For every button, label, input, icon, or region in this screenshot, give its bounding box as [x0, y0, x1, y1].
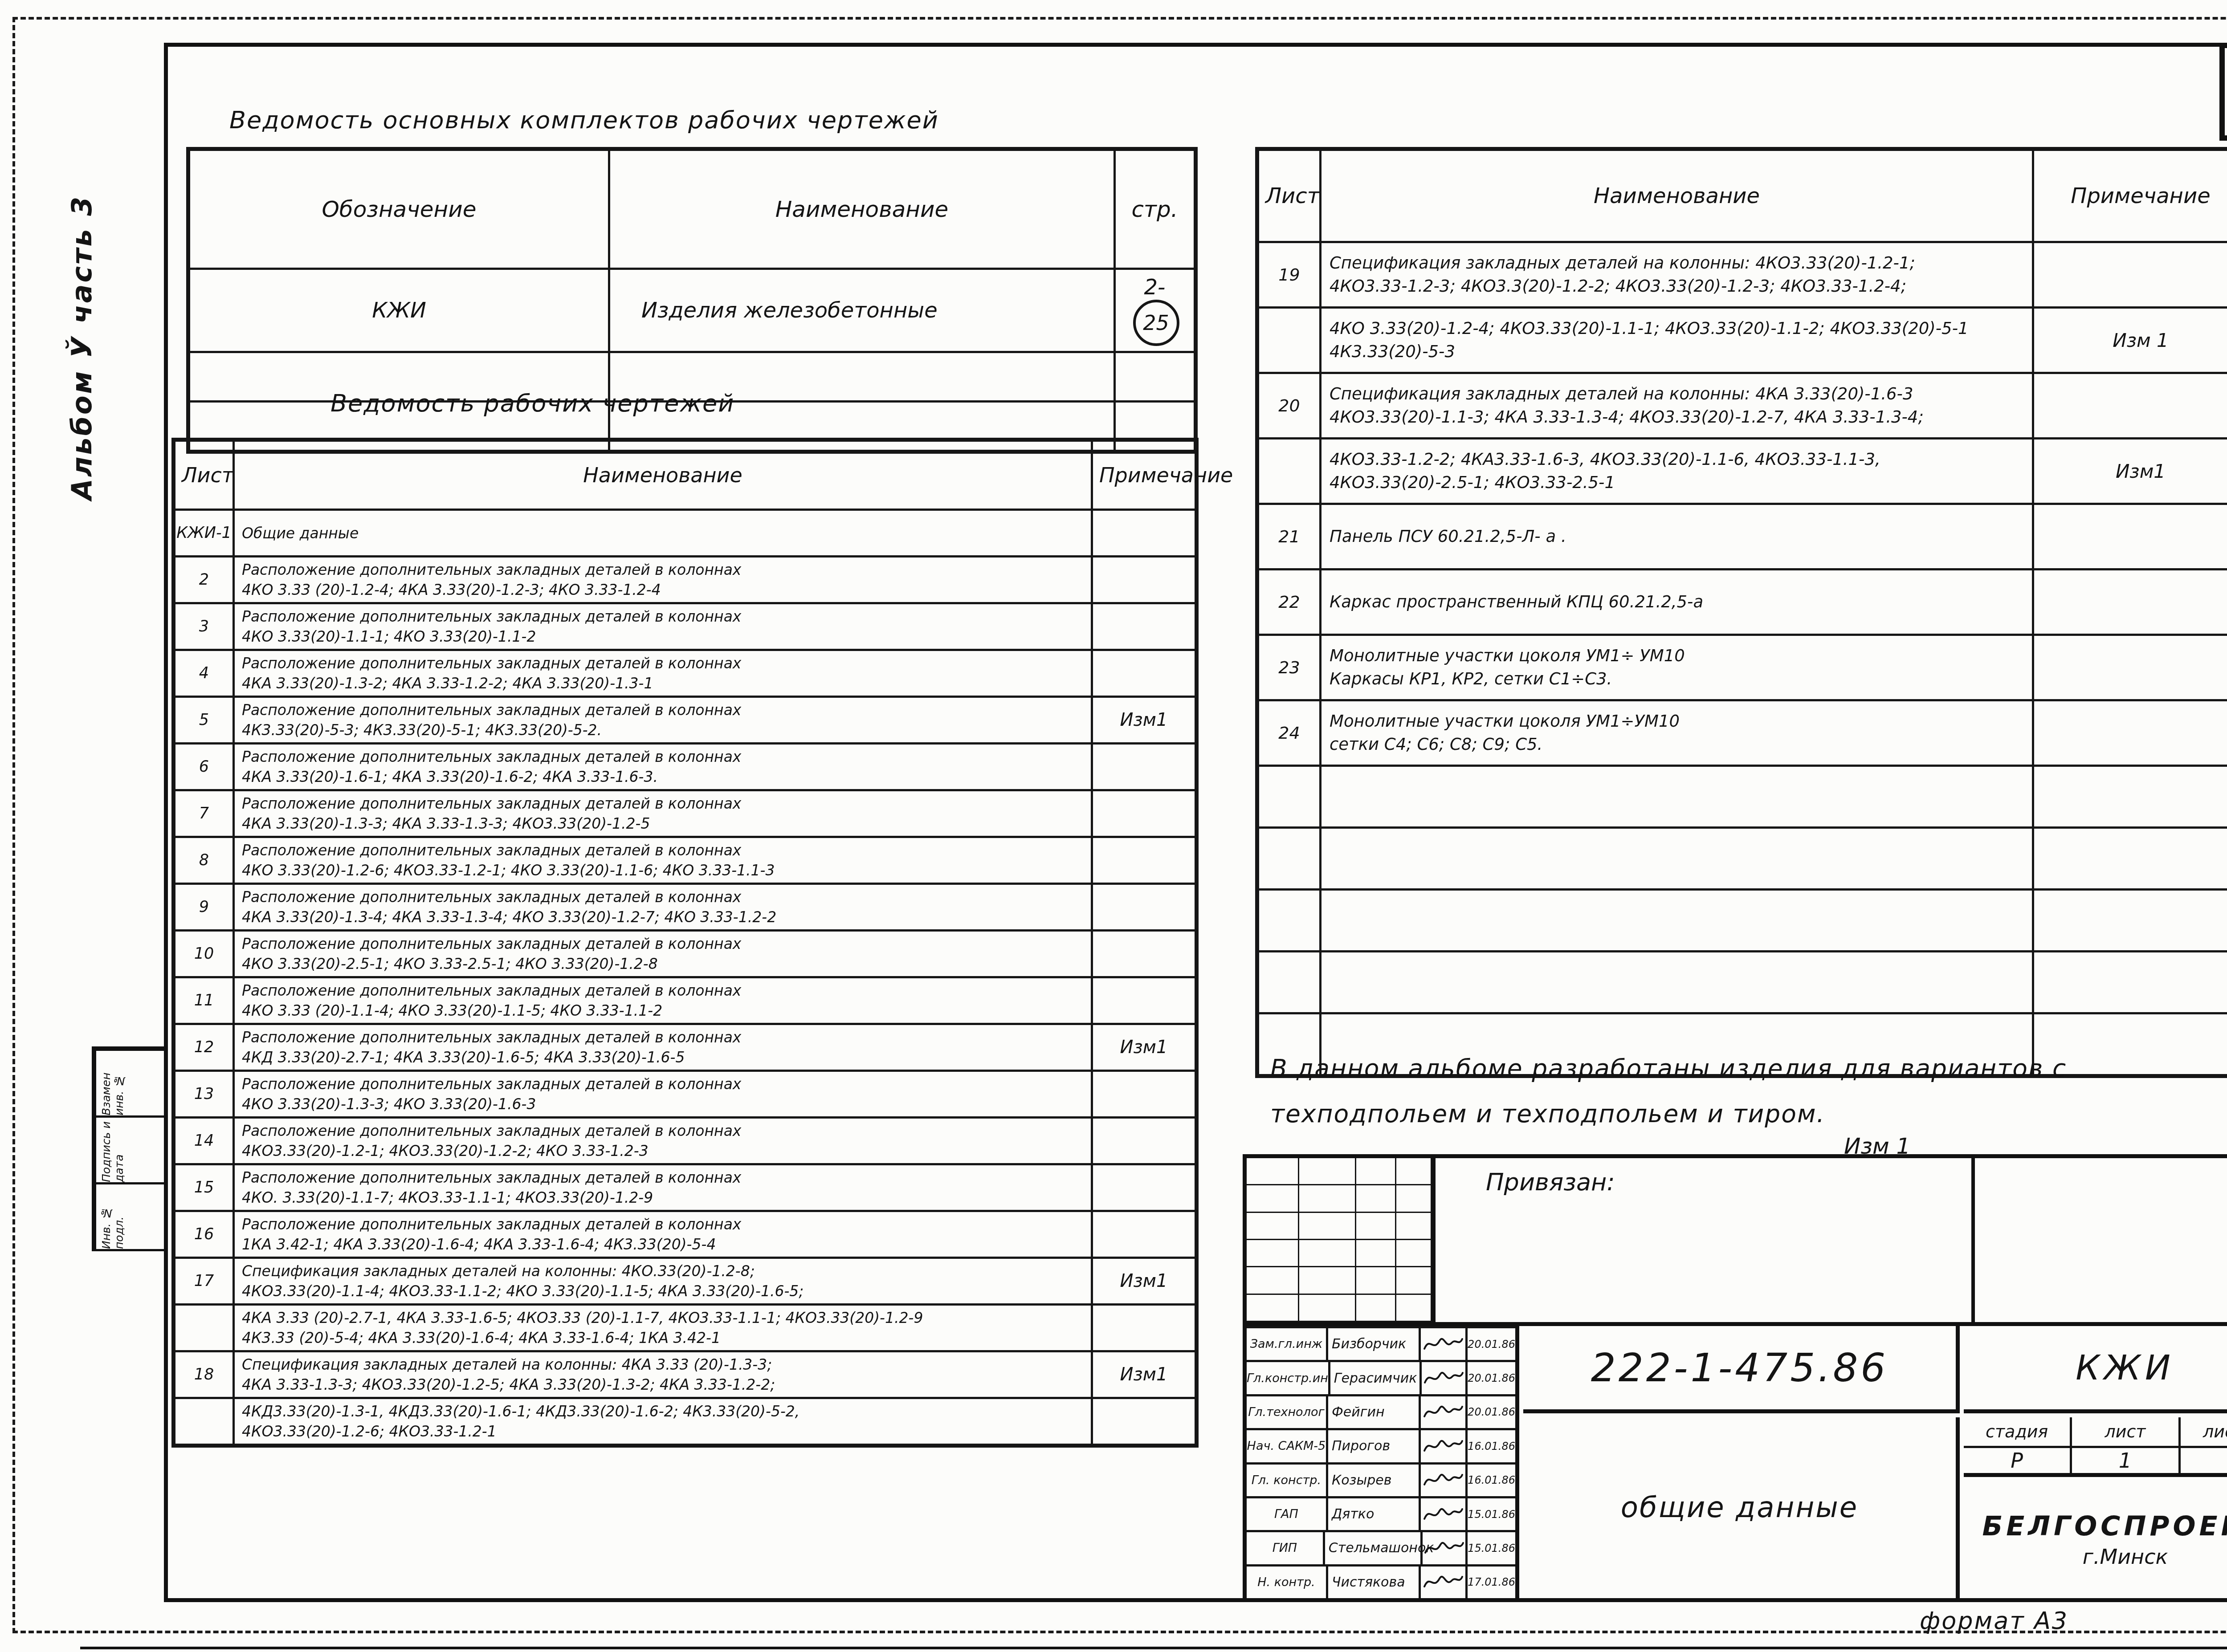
table-row: 4КД3.33(20)-1.3-1, 4КД3.33(20)-1.6-1; 4К… — [174, 1398, 1197, 1446]
table-row: 17 Спецификация закладных деталей на кол… — [174, 1258, 1197, 1305]
sheet-number-value: 1 — [2072, 1448, 2180, 1473]
sheet-number: 18 — [174, 1351, 234, 1398]
sheet-number: 3 — [174, 603, 234, 650]
signature-scribble-icon — [1423, 1532, 1468, 1564]
table-row: 12 Расположение дополнительных закладных… — [174, 1024, 1197, 1071]
signature-date: 20.01.86 — [1468, 1362, 1515, 1394]
sheet-note — [1092, 884, 1197, 931]
right-table-header-row: Лист Наименование Примечание — [1257, 149, 2227, 242]
signature-name: Фейгин — [1328, 1396, 1421, 1428]
sheet-name: Расположение дополнительных закладных де… — [234, 931, 1092, 977]
sheet-note — [2033, 373, 2227, 439]
sheets-table-title: Ведомость рабочих чертежей — [330, 389, 734, 417]
column-header: Примечание — [1092, 440, 1197, 510]
table-row: 20 Спецификация закладных деталей на кол… — [1257, 373, 2227, 439]
set-pages: 2-25 — [1115, 269, 1196, 352]
margin-stamp-cell: Взамен инв. № — [94, 1049, 165, 1115]
sheet-number: 4 — [174, 650, 234, 697]
sheet-note: Изм1 — [1092, 1351, 1197, 1398]
stage-header-row: стадия лист листов — [1964, 1417, 2227, 1446]
table-row: 13 Расположение дополнительных закладных… — [174, 1071, 1197, 1118]
margin-stamp-cell: Подпись и дата — [94, 1115, 165, 1182]
signature-role: Зам.гл.инж — [1247, 1328, 1328, 1360]
column-header: Лист — [1257, 149, 1321, 242]
sheet-number: 19 — [1257, 242, 1321, 308]
table-row: 2 Расположение дополнительных закладных … — [174, 557, 1197, 603]
sheet-number: 20 — [1257, 373, 1321, 439]
signature-name: Чистякова — [1328, 1567, 1421, 1598]
organization-name: БЕЛГОСПРОЕКТ — [1982, 1511, 2227, 1542]
signature-date: 16.01.86 — [1468, 1465, 1515, 1496]
sheet-number: 23 — [1257, 635, 1321, 700]
margin-stamp-box — [129, 1051, 165, 1115]
sheet-note — [2033, 700, 2227, 766]
sheet-name: 4КО3.33-1.2-2; 4КА3.33-1.6-3, 4КО3.33(20… — [1321, 439, 2033, 504]
sheet-name: Расположение дополнительных закладных де… — [234, 1118, 1092, 1164]
column-header: стадия — [1964, 1417, 2072, 1446]
signature-row: Гл. констр. Козырев 16.01.86 — [1247, 1462, 1515, 1496]
sheet-number: 22 — [1257, 570, 1321, 635]
sheet-name: 4КА 3.33 (20)-2.7-1, 4КА 3.33-1.6-5; 4КО… — [234, 1305, 1092, 1351]
signature-date: 15.01.86 — [1468, 1498, 1515, 1530]
circled-page-number: 25 — [1133, 300, 1179, 346]
sheet-name: 4КД3.33(20)-1.3-1, 4КД3.33(20)-1.6-1; 4К… — [234, 1398, 1092, 1446]
sheet-note — [1092, 1211, 1197, 1258]
table-row: 6 Расположение дополнительных закладных … — [174, 744, 1197, 790]
table-row: 4КО 3.33(20)-1.2-4; 4КО3.33(20)-1.1-1; 4… — [1257, 308, 2227, 373]
sheet-note — [1092, 1071, 1197, 1118]
sheet-name: Расположение дополнительных закладных де… — [234, 837, 1092, 884]
margin-stamp-label: Взамен инв. № — [94, 1051, 129, 1115]
sheet-number: 16 — [174, 1211, 234, 1258]
signature-row: Зам.гл.инж Бизборчик 20.01.86 — [1247, 1326, 1515, 1360]
table-row: 10 Расположение дополнительных закладных… — [174, 931, 1197, 977]
column-header: Наименование — [234, 440, 1092, 510]
signature-scribble-icon — [1422, 1362, 1468, 1394]
sheet-name: Панель ПСУ 60.21.2,5-Л- а . — [1321, 504, 2033, 570]
sheet-note — [1092, 1164, 1197, 1211]
table-row: 4КО3.33-1.2-2; 4КА3.33-1.6-3, 4КО3.33(20… — [1257, 439, 2227, 504]
sheet-name: Расположение дополнительных закладных де… — [234, 557, 1092, 603]
sheet-note — [1092, 744, 1197, 790]
column-header: листов — [2181, 1417, 2227, 1446]
column-header: Лист — [174, 440, 234, 510]
sheet-name: Расположение дополнительных закладных де… — [234, 744, 1092, 790]
signature-role: Н. контр. — [1247, 1567, 1328, 1598]
sheet-number: 13 — [174, 1071, 234, 1118]
signature-row: ГАП Дятко 15.01.86 — [1247, 1496, 1515, 1530]
binding-box: Привязан: — [1439, 1158, 1975, 1322]
set-code: КЖИ — [188, 269, 609, 352]
margin-stamp-box — [129, 1184, 165, 1249]
sheet-name: Монолитные участки цоколя УМ1÷ УМ10 Карк… — [1321, 635, 2033, 700]
title-block-empty-box — [1978, 1158, 2227, 1322]
set-name: Изделия железобетонные — [609, 269, 1115, 352]
sheet-name: Расположение дополнительных закладных де… — [234, 1164, 1092, 1211]
margin-stamp-box — [129, 1118, 165, 1182]
sheet-name: Спецификация закладных деталей на колонн… — [1321, 242, 2033, 308]
title-block: Привязан: Зам.гл.инж Бизборчик 20.01.86 … — [1243, 1154, 2227, 1602]
column-header: Наименование — [1321, 149, 2033, 242]
empty-table-row — [1257, 890, 2227, 952]
column-header: стр. — [1115, 149, 1196, 269]
sheet-name: Расположение дополнительных закладных де… — [234, 1211, 1092, 1258]
sheet-name: Расположение дополнительных закладных де… — [234, 603, 1092, 650]
column-header: Примечание — [2033, 149, 2227, 242]
organization-box: БЕЛГОСПРОЕКТ г.Минск — [1964, 1481, 2227, 1598]
signature-scribble-icon — [1421, 1567, 1468, 1598]
sheet-number: 7 — [174, 790, 234, 837]
signature-date: 15.01.86 — [1468, 1532, 1515, 1564]
sheet-number — [1257, 308, 1321, 373]
sheet-note — [1092, 790, 1197, 837]
binding-label: Привязан: — [1486, 1168, 1615, 1196]
sheet-name: Расположение дополнительных закладных де… — [234, 697, 1092, 744]
table-row: 3 Расположение дополнительных закладных … — [174, 603, 1197, 650]
table-row: 18 Спецификация закладных деталей на кол… — [174, 1351, 1197, 1398]
table-row: КЖИ Изделия железобетонные 2-25 — [188, 269, 1196, 352]
sets-table-title: Ведомость основных комплектов рабочих че… — [229, 106, 939, 134]
table-row: 4КА 3.33 (20)-2.7-1, 4КА 3.33-1.6-5; 4КО… — [174, 1305, 1197, 1351]
signature-role: Нач. САКМ-5 — [1247, 1430, 1328, 1462]
sheet-number: 15 — [174, 1164, 234, 1211]
table-row: 9 Расположение дополнительных закладных … — [174, 884, 1197, 931]
margin-stamp-label: Подпись и дата — [94, 1118, 129, 1182]
sheet-note — [1092, 650, 1197, 697]
sheet-note — [1092, 1305, 1197, 1351]
working-drawings-table-continued: Лист Наименование Примечание 19 Специфик… — [1255, 147, 2227, 1078]
signature-name: Козырев — [1328, 1465, 1421, 1496]
sheet-note: Изм1 — [1092, 1024, 1197, 1071]
signature-date: 17.01.86 — [1468, 1567, 1515, 1598]
signature-date: 20.01.86 — [1468, 1396, 1515, 1428]
bottom-scan-line — [80, 1647, 2227, 1649]
sheet-number: 10 — [174, 931, 234, 977]
organization-city: г.Минск — [2083, 1545, 2168, 1569]
sheet-note — [1092, 931, 1197, 977]
signature-role: Гл. констр. — [1247, 1465, 1328, 1496]
margin-stamp-label: Инв. № подл. — [94, 1184, 129, 1249]
signature-name: Стельмашонок — [1325, 1532, 1423, 1564]
empty-table-row — [1257, 766, 2227, 828]
table-row: 11 Расположение дополнительных закладных… — [174, 977, 1197, 1024]
sheet-note: Изм1 — [1092, 1258, 1197, 1305]
sheet-note — [2033, 635, 2227, 700]
sheet-name: Расположение дополнительных закладных де… — [234, 884, 1092, 931]
sheet-note — [1092, 837, 1197, 884]
signature-role: Гл.технолог — [1247, 1396, 1328, 1428]
sheet-note — [1092, 510, 1197, 557]
title-block-divider — [1247, 1322, 2227, 1326]
table-row: 14 Расположение дополнительных закладных… — [174, 1118, 1197, 1164]
table-row: КЖИ-1 Общие данные — [174, 510, 1197, 557]
signature-name: Пирогов — [1328, 1430, 1421, 1462]
sheet-name: Расположение дополнительных закладных де… — [234, 1071, 1092, 1118]
signature-date: 16.01.86 — [1468, 1430, 1515, 1462]
sheet-note: Изм1 — [2033, 439, 2227, 504]
signature-table: Зам.гл.инж Бизборчик 20.01.86 Гл.констр.… — [1247, 1326, 1519, 1598]
signature-role: ГАП — [1247, 1498, 1328, 1530]
sheet-name: Расположение дополнительных закладных де… — [234, 790, 1092, 837]
column-header: лист — [2072, 1417, 2180, 1446]
sheet-name: Расположение дополнительных закладных де… — [234, 977, 1092, 1024]
sheet-name: Спецификация закладных деталей на колонн… — [234, 1351, 1092, 1398]
sheet-number: 11 — [174, 977, 234, 1024]
table-row: 21 Панель ПСУ 60.21.2,5-Л- а . — [1257, 504, 2227, 570]
table-row: 16 Расположение дополнительных закладных… — [174, 1211, 1197, 1258]
table-row: 19 Спецификация закладных деталей на кол… — [1257, 242, 2227, 308]
signature-date: 20.01.86 — [1468, 1328, 1515, 1360]
sheet-number: 9 — [174, 884, 234, 931]
sheet-name: 4КО 3.33(20)-1.2-4; 4КО3.33(20)-1.1-1; 4… — [1321, 308, 2033, 373]
column-header: Наименование — [609, 149, 1115, 269]
column-header: Обозначение — [188, 149, 609, 269]
sheet-note — [2033, 504, 2227, 570]
sheet-number: 12 — [174, 1024, 234, 1071]
table-row: 15 Расположение дополнительных закладных… — [174, 1164, 1197, 1211]
margin-stamps: Взамен инв. № Подпись и дата Инв. № подл… — [92, 1046, 167, 1251]
sheet-name: Спецификация закладных деталей на колонн… — [234, 1258, 1092, 1305]
sheet-number: 6 — [174, 744, 234, 790]
stage-values-row: Р 1 — [1964, 1446, 2227, 1477]
sheet-number — [174, 1305, 234, 1351]
sheet-name: Спецификация закладных деталей на колонн… — [1321, 373, 2033, 439]
table-row: 7 Расположение дополнительных закладных … — [174, 790, 1197, 837]
signature-scribble-icon — [1421, 1430, 1468, 1462]
signature-scribble-icon — [1421, 1328, 1468, 1360]
signature-row: Гл.технолог Фейгин 20.01.86 — [1247, 1394, 1515, 1428]
sheet-number: 21 — [1257, 504, 1321, 570]
signature-name: Герасимчик — [1330, 1362, 1422, 1394]
signature-row: Гл.констр.ин Герасимчик 20.01.86 — [1247, 1360, 1515, 1394]
sheet-number: 24 — [1257, 700, 1321, 766]
sheet-name: Расположение дополнительных закладных де… — [234, 650, 1092, 697]
scanned-drawing-sheet: 2 Альбом Ў часть 3 Взамен инв. № Подпись… — [0, 0, 2227, 1652]
document-code: КЖИ — [1964, 1326, 2227, 1413]
table-row: 24 Монолитные участки цоколя УМ1÷УМ10 се… — [1257, 700, 2227, 766]
sheet-note: Изм 1 — [2033, 308, 2227, 373]
signature-scribble-icon — [1421, 1396, 1468, 1428]
sheet-note — [1092, 1398, 1197, 1446]
margin-stamp-cell: Инв. № подл. — [94, 1182, 165, 1249]
sheet-note — [2033, 570, 2227, 635]
stage-value: Р — [1964, 1448, 2072, 1473]
sheet-note — [1092, 603, 1197, 650]
sheet-name: Расположение дополнительных закладных де… — [234, 1024, 1092, 1071]
sheet-note — [2033, 242, 2227, 308]
empty-table-row — [1257, 828, 2227, 890]
table-row: 8 Расположение дополнительных закладных … — [174, 837, 1197, 884]
table-row: 4 Расположение дополнительных закладных … — [174, 650, 1197, 697]
sets-table-header-row: Обозначение Наименование стр. — [188, 149, 1196, 269]
sheet-note — [1092, 977, 1197, 1024]
sheet-name: Каркас пространственный КПЦ 60.21.2,5-а — [1321, 570, 2033, 635]
sheet-number: 5 — [174, 697, 234, 744]
empty-table-row — [1257, 952, 2227, 1013]
sheet-name: Монолитные участки цоколя УМ1÷УМ10 сетки… — [1321, 700, 2033, 766]
sheet-number: 14 — [174, 1118, 234, 1164]
table-row: 22 Каркас пространственный КПЦ 60.21.2,5… — [1257, 570, 2227, 635]
signature-name: Бизборчик — [1328, 1328, 1421, 1360]
signature-name: Дятко — [1328, 1498, 1421, 1530]
sheet-number: 17 — [174, 1258, 234, 1305]
signature-scribble-icon — [1421, 1465, 1468, 1496]
sheet-total-value — [2181, 1448, 2227, 1473]
format-label: формат А3 — [1920, 1607, 2068, 1635]
signature-row: ГИП Стельмашонок 15.01.86 — [1247, 1530, 1515, 1564]
signature-row: Н. контр. Чистякова 17.01.86 — [1247, 1564, 1515, 1598]
signature-row: Нач. САКМ-5 Пирогов 16.01.86 — [1247, 1428, 1515, 1462]
page-number-box: 2 — [2219, 43, 2227, 141]
sheet-number — [1257, 439, 1321, 504]
signature-scribble-icon — [1421, 1498, 1468, 1530]
sheet-note — [1092, 1118, 1197, 1164]
sheet-name: Общие данные — [234, 510, 1092, 557]
signature-role: Гл.констр.ин — [1247, 1362, 1330, 1394]
sheet-number: 2 — [174, 557, 234, 603]
sheet-number: 8 — [174, 837, 234, 884]
sheet-note — [1092, 557, 1197, 603]
signature-role: ГИП — [1247, 1532, 1325, 1564]
sheet-number — [174, 1398, 234, 1446]
table-row: 23 Монолитные участки цоколя УМ1÷ УМ10 К… — [1257, 635, 2227, 700]
album-side-label: Альбом Ў часть 3 — [57, 160, 106, 534]
document-number: 222-1-475.86 — [1523, 1326, 1960, 1413]
sheet-number: КЖИ-1 — [174, 510, 234, 557]
sheets-table-header-row: Лист Наименование Примечание — [174, 440, 1197, 510]
album-note: В данном альбоме разработаны изделия для… — [1270, 1046, 2090, 1136]
working-drawings-table: Лист Наименование Примечание КЖИ-1 Общие… — [171, 438, 1199, 1448]
sheet-note: Изм1 — [1092, 697, 1197, 744]
revision-grid — [1247, 1158, 1436, 1322]
document-title: общие данные — [1523, 1417, 1960, 1598]
table-row: 5 Расположение дополнительных закладных … — [174, 697, 1197, 744]
